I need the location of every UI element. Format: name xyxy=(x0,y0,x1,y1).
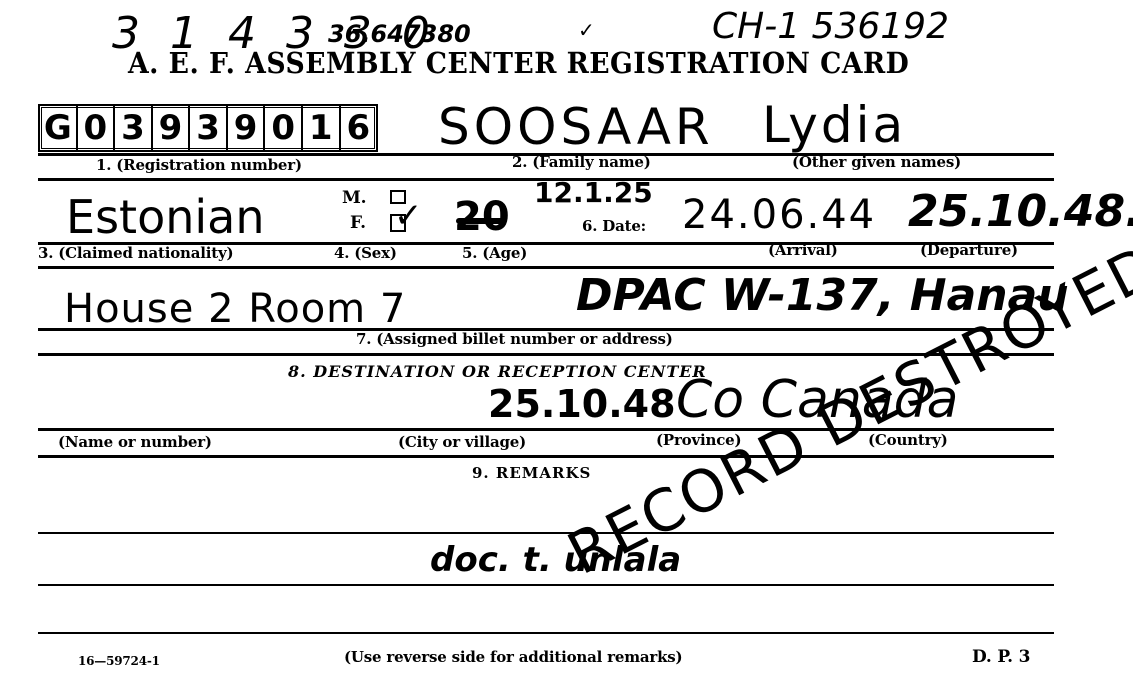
reg-digit: 0 xyxy=(78,106,116,150)
age-corrected-value: 12.1.25 xyxy=(534,176,653,209)
sex-male-label: M. xyxy=(342,188,366,208)
reg-digit: 9 xyxy=(153,106,191,150)
destination-date-value: 25.10.48 xyxy=(488,382,676,426)
departure-label: (Departure) xyxy=(920,241,1018,259)
destination-name-label: (Name or number) xyxy=(58,433,212,451)
top-right-reference: CH-1 536192 xyxy=(712,6,949,47)
given-names-label: (Other given names) xyxy=(792,153,961,171)
registration-number-boxes: G 0 3 9 3 9 0 1 6 xyxy=(38,104,378,152)
age-struck-value: 20 xyxy=(454,194,510,240)
form-number: 16—59724-1 xyxy=(78,654,160,668)
nationality-label: 3. (Claimed nationality) xyxy=(38,244,233,262)
reg-digit: 0 xyxy=(265,106,303,150)
registration-number-label: 1. (Registration number) xyxy=(96,156,302,174)
remarks-line-3 xyxy=(38,632,1054,634)
remarks-heading: 9. REMARKS xyxy=(472,464,591,482)
reg-digit: 6 xyxy=(341,106,377,150)
reg-digit: 3 xyxy=(115,106,153,150)
billet-value-house-room: House 2 Room 7 xyxy=(64,286,406,332)
destination-city-label: (City or village) xyxy=(398,433,526,451)
sex-female-check-mark: ✓ xyxy=(394,196,423,236)
remarks-line-2 xyxy=(38,584,1054,586)
rule-row2-bottom xyxy=(38,266,1054,269)
sex-female-label: F. xyxy=(350,213,366,233)
age-label: 5. (Age) xyxy=(462,244,527,262)
reg-digit: 3 xyxy=(190,106,228,150)
reg-digit: 9 xyxy=(228,106,266,150)
reg-digit: 1 xyxy=(303,106,341,150)
nationality-value: Estonian xyxy=(66,190,265,244)
given-names-value: Lydia xyxy=(762,96,906,154)
family-name-value: SOOSAAR xyxy=(438,98,714,156)
age-strikethrough xyxy=(456,218,506,224)
card-title: A. E. F. ASSEMBLY CENTER REGISTRATION CA… xyxy=(128,46,909,80)
reg-digit: G xyxy=(40,106,78,150)
arrival-label: (Arrival) xyxy=(768,241,838,259)
destination-heading: 8. DESTINATION OR RECEPTION CENTER xyxy=(288,362,707,381)
billet-label: 7. (Assigned billet number or address) xyxy=(356,330,673,348)
form-code: D. P. 3 xyxy=(972,647,1030,667)
remarks-line-1 xyxy=(38,532,1054,534)
family-name-label: 2. (Family name) xyxy=(512,153,651,171)
sex-label: 4. (Sex) xyxy=(334,244,397,262)
rule-row4-bottom xyxy=(38,455,1054,458)
date-label: 6. Date: xyxy=(582,217,646,235)
tick-mark: ✓ xyxy=(578,18,595,42)
footer-note: (Use reverse side for additional remarks… xyxy=(344,648,682,666)
arrival-date-value: 24.06.44 xyxy=(682,192,876,238)
top-left-handwritten-small: 36.647380 xyxy=(328,20,471,48)
departure-date-value: 25.10.48. xyxy=(908,186,1133,237)
